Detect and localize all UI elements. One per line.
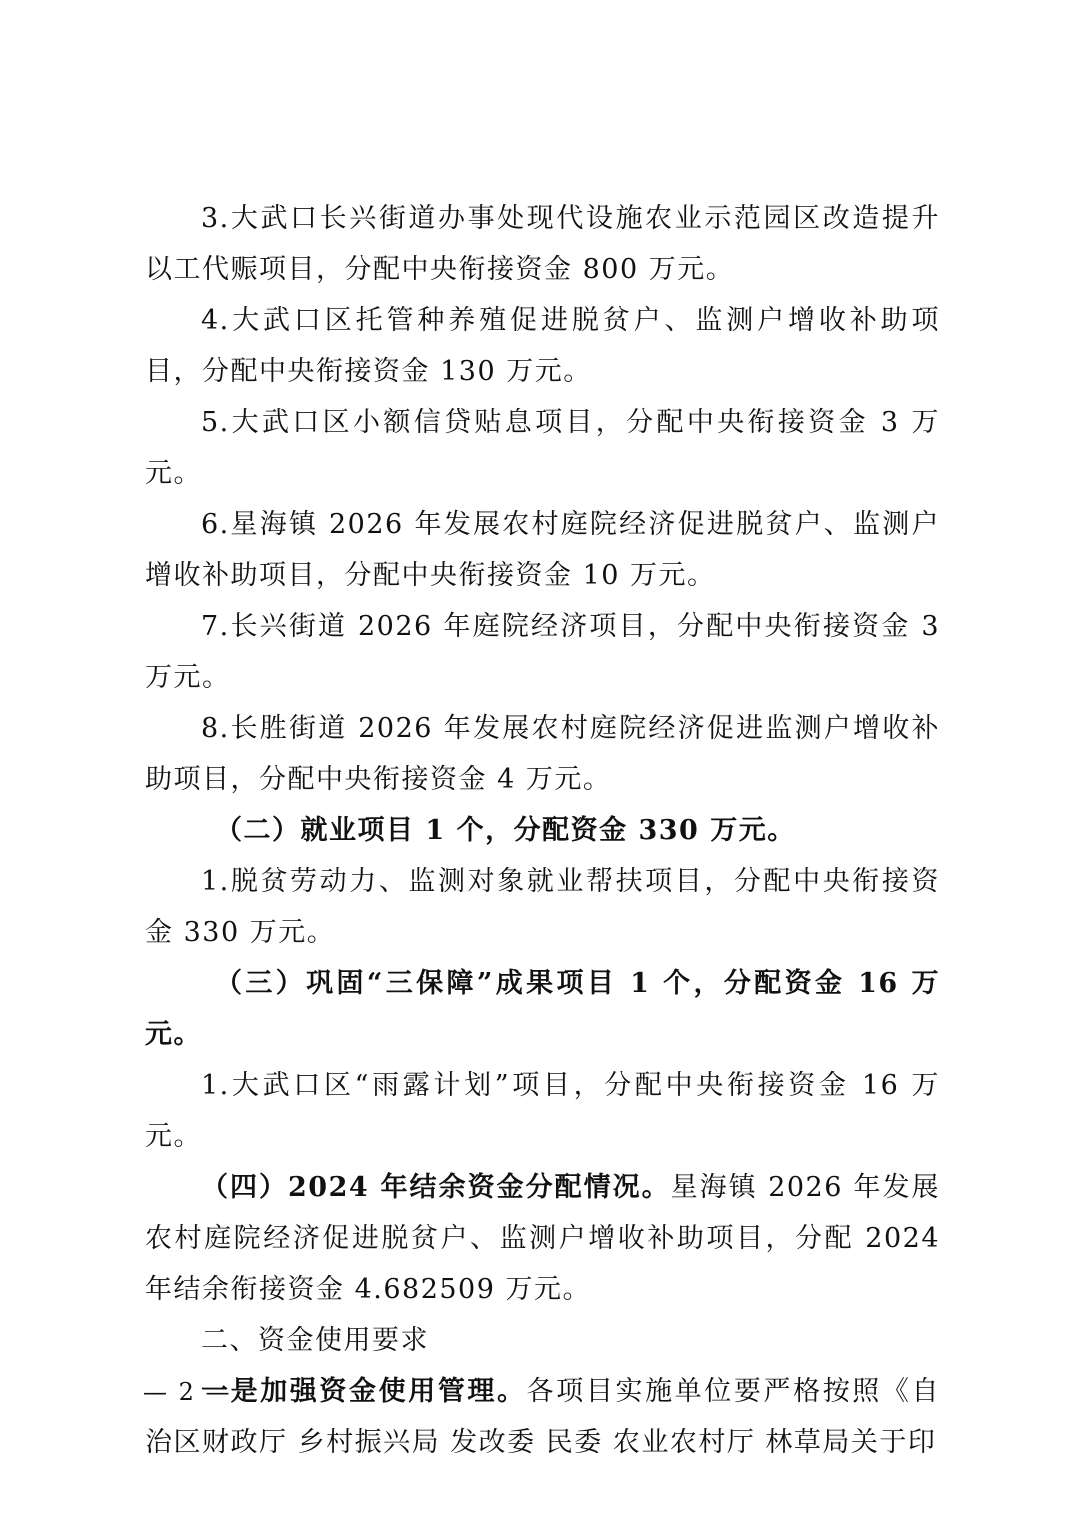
employment-item-1-paragraph: 1.脱贫劳动力、监测对象就业帮扶项目，分配中央衔接资金 330 万元。 [145,856,940,958]
item-4-paragraph: 4.大武口区托管种养殖促进脱贫户、监测户增收补助项目，分配中央衔接资金 130 … [145,295,940,397]
subheading-three-guarantees: （三）巩固“三保障”成果项目 1 个，分配资金 16 万元。 [145,958,940,1060]
three-guarantees-item-1-paragraph: 1.大武口区“雨露计划”项目，分配中央衔接资金 16 万元。 [145,1060,940,1162]
item-7-paragraph: 7.长兴街道 2026 年庭院经济项目，分配中央衔接资金 3 万元。 [145,601,940,703]
subheading-employment: （二）就业项目 1 个，分配资金 330 万元。 [145,805,940,856]
section-heading-fund-requirements: 二、资金使用要求 [145,1315,940,1366]
fund-management-heading: 一是加强资金使用管理。 [201,1376,527,1407]
item-3-paragraph: 3.大武口长兴街道办事处现代设施农业示范园区改造提升以工代赈项目，分配中央衔接资… [145,193,940,295]
surplus-funds-heading: （四）2024 年结余资金分配情况。 [201,1172,671,1203]
document-body: 3.大武口长兴街道办事处现代设施农业示范园区改造提升以工代赈项目，分配中央衔接资… [145,193,940,1468]
page-number: — 2 — [143,1378,232,1406]
item-8-paragraph: 8.长胜街道 2026 年发展农村庭院经济促进监测户增收补助项目，分配中央衔接资… [145,703,940,805]
surplus-funds-paragraph: （四）2024 年结余资金分配情况。星海镇 2026 年发展农村庭院经济促进脱贫… [145,1162,940,1315]
item-5-paragraph: 5.大武口区小额信贷贴息项目，分配中央衔接资金 3 万元。 [145,397,940,499]
item-6-paragraph: 6.星海镇 2026 年发展农村庭院经济促进脱贫户、监测户增收补助项目，分配中央… [145,499,940,601]
fund-management-paragraph: 一是加强资金使用管理。各项目实施单位要严格按照《自治区财政厅 乡村振兴局 发改委… [145,1366,940,1468]
